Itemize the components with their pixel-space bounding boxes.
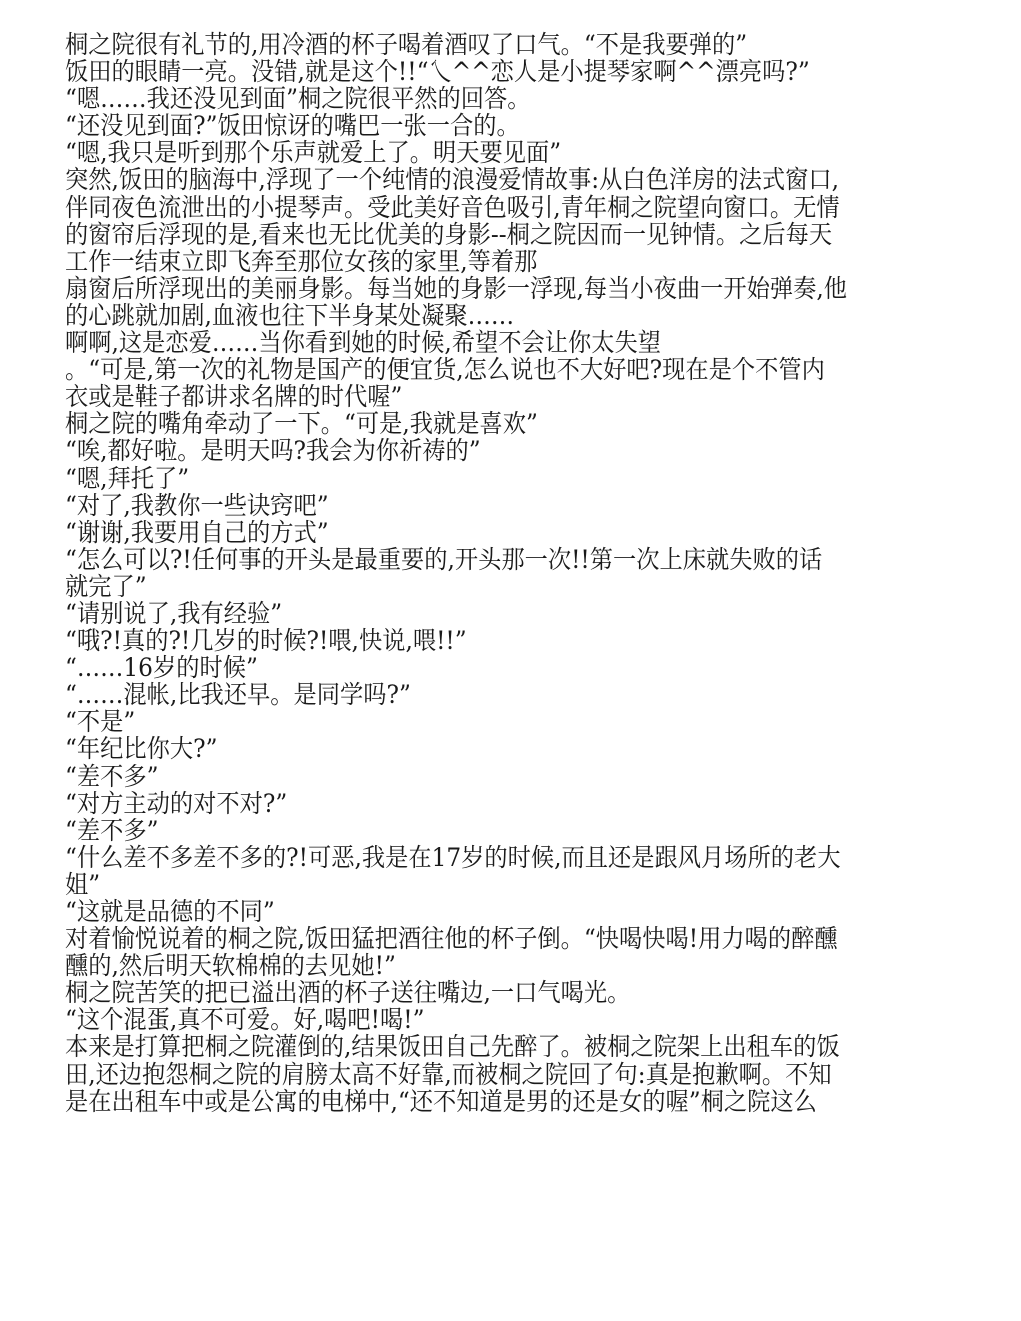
text-line: “不是” bbox=[65, 708, 883, 735]
text-line: “唉,都好啦。是明天吗?我会为你祈祷的” bbox=[65, 437, 883, 464]
text-line: 。“可是,第一次的礼物是国产的便宜货,怎么说也不大好吧?现在是个不管内 bbox=[65, 356, 883, 383]
text-line: 田,还边抱怨桐之院的肩膀太高不好靠,而被桐之院回了句:真是抱歉啊。不知 bbox=[65, 1061, 883, 1088]
text-line: “怎么可以?!任何事的开头是最重要的,开头那一次!!第一次上床就失败的话 bbox=[65, 546, 883, 573]
text-line: 是在出租车中或是公寓的电梯中,“还不知道是男的还是女的喔”桐之院这么 bbox=[65, 1088, 883, 1115]
text-line: “对了,我教你一些诀窍吧” bbox=[65, 492, 883, 519]
text-line: “对方主动的对不对?” bbox=[65, 790, 883, 817]
text-line: 衣或是鞋子都讲求名牌的时代喔” bbox=[65, 383, 883, 410]
text-line: 的心跳就加剧,血液也往下半身某处凝聚…… bbox=[65, 302, 883, 329]
document-page: 桐之院很有礼节的,用冷酒的杯子喝着酒叹了口气。“不是我要弹的” 饭田的眼睛一亮。… bbox=[65, 31, 945, 1115]
text-line: “……混帐,比我还早。是同学吗?” bbox=[65, 681, 883, 708]
text-line: 桐之院很有礼节的,用冷酒的杯子喝着酒叹了口气。“不是我要弹的” bbox=[65, 31, 883, 58]
text-line: 饭田的眼睛一亮。没错,就是这个!!“乀^^恋人是小提琴家啊^^漂亮吗?” bbox=[65, 58, 883, 85]
text-line: 伴同夜色流泄出的小提琴声。受此美好音色吸引,青年桐之院望向窗口。无情 bbox=[65, 194, 883, 221]
text-line: “谢谢,我要用自己的方式” bbox=[65, 519, 883, 546]
text-line: 醺的,然后明天软棉棉的去见她!” bbox=[65, 952, 883, 979]
text-line: “差不多” bbox=[65, 817, 883, 844]
text-line: 啊啊,这是恋爱……当你看到她的时候,希望不会让你太失望 bbox=[65, 329, 883, 356]
text-line: “差不多” bbox=[65, 763, 883, 790]
text-line: 姐” bbox=[65, 871, 883, 898]
text-line: 本来是打算把桐之院灌倒的,结果饭田自己先醉了。被桐之院架上出租车的饭 bbox=[65, 1033, 883, 1060]
text-line: “还没见到面?”饭田惊讶的嘴巴一张一合的。 bbox=[65, 112, 883, 139]
text-line: “……16岁的时候” bbox=[65, 654, 883, 681]
text-line: “这就是品德的不同” bbox=[65, 898, 883, 925]
text-line: “嗯,我只是听到那个乐声就爱上了。明天要见面” bbox=[65, 139, 883, 166]
text-line: 就完了” bbox=[65, 573, 883, 600]
text-line: “嗯,拜托了” bbox=[65, 465, 883, 492]
text-line: “哦?!真的?!几岁的时候?!喂,快说,喂!!” bbox=[65, 627, 883, 654]
text-line: 的窗帘后浮现的是,看来也无比优美的身影--桐之院因而一见钟情。之后每天 bbox=[65, 221, 883, 248]
text-line: 对着愉悦说着的桐之院,饭田猛把酒往他的杯子倒。“快喝快喝!用力喝的醉醺 bbox=[65, 925, 883, 952]
text-line: 桐之院苦笑的把已溢出酒的杯子送往嘴边,一口气喝光。 bbox=[65, 979, 883, 1006]
text-line: “年纪比你大?” bbox=[65, 735, 883, 762]
text-line: “这个混蛋,真不可爱。好,喝吧!喝!” bbox=[65, 1006, 883, 1033]
text-line: “请别说了,我有经验” bbox=[65, 600, 883, 627]
text-line: 工作一结束立即飞奔至那位女孩的家里,等着那 bbox=[65, 248, 883, 275]
text-line: “嗯……我还没见到面”桐之院很平然的回答。 bbox=[65, 85, 883, 112]
text-line: 桐之院的嘴角牵动了一下。“可是,我就是喜欢” bbox=[65, 410, 883, 437]
text-line: 扇窗后所浮现出的美丽身影。每当她的身影一浮现,每当小夜曲一开始弹奏,他 bbox=[65, 275, 883, 302]
text-line: “什么差不多差不多的?!可恶,我是在17岁的时候,而且还是跟风月场所的老大 bbox=[65, 844, 883, 871]
text-line: 突然,饭田的脑海中,浮现了一个纯情的浪漫爱情故事:从白色洋房的法式窗口, bbox=[65, 166, 883, 193]
